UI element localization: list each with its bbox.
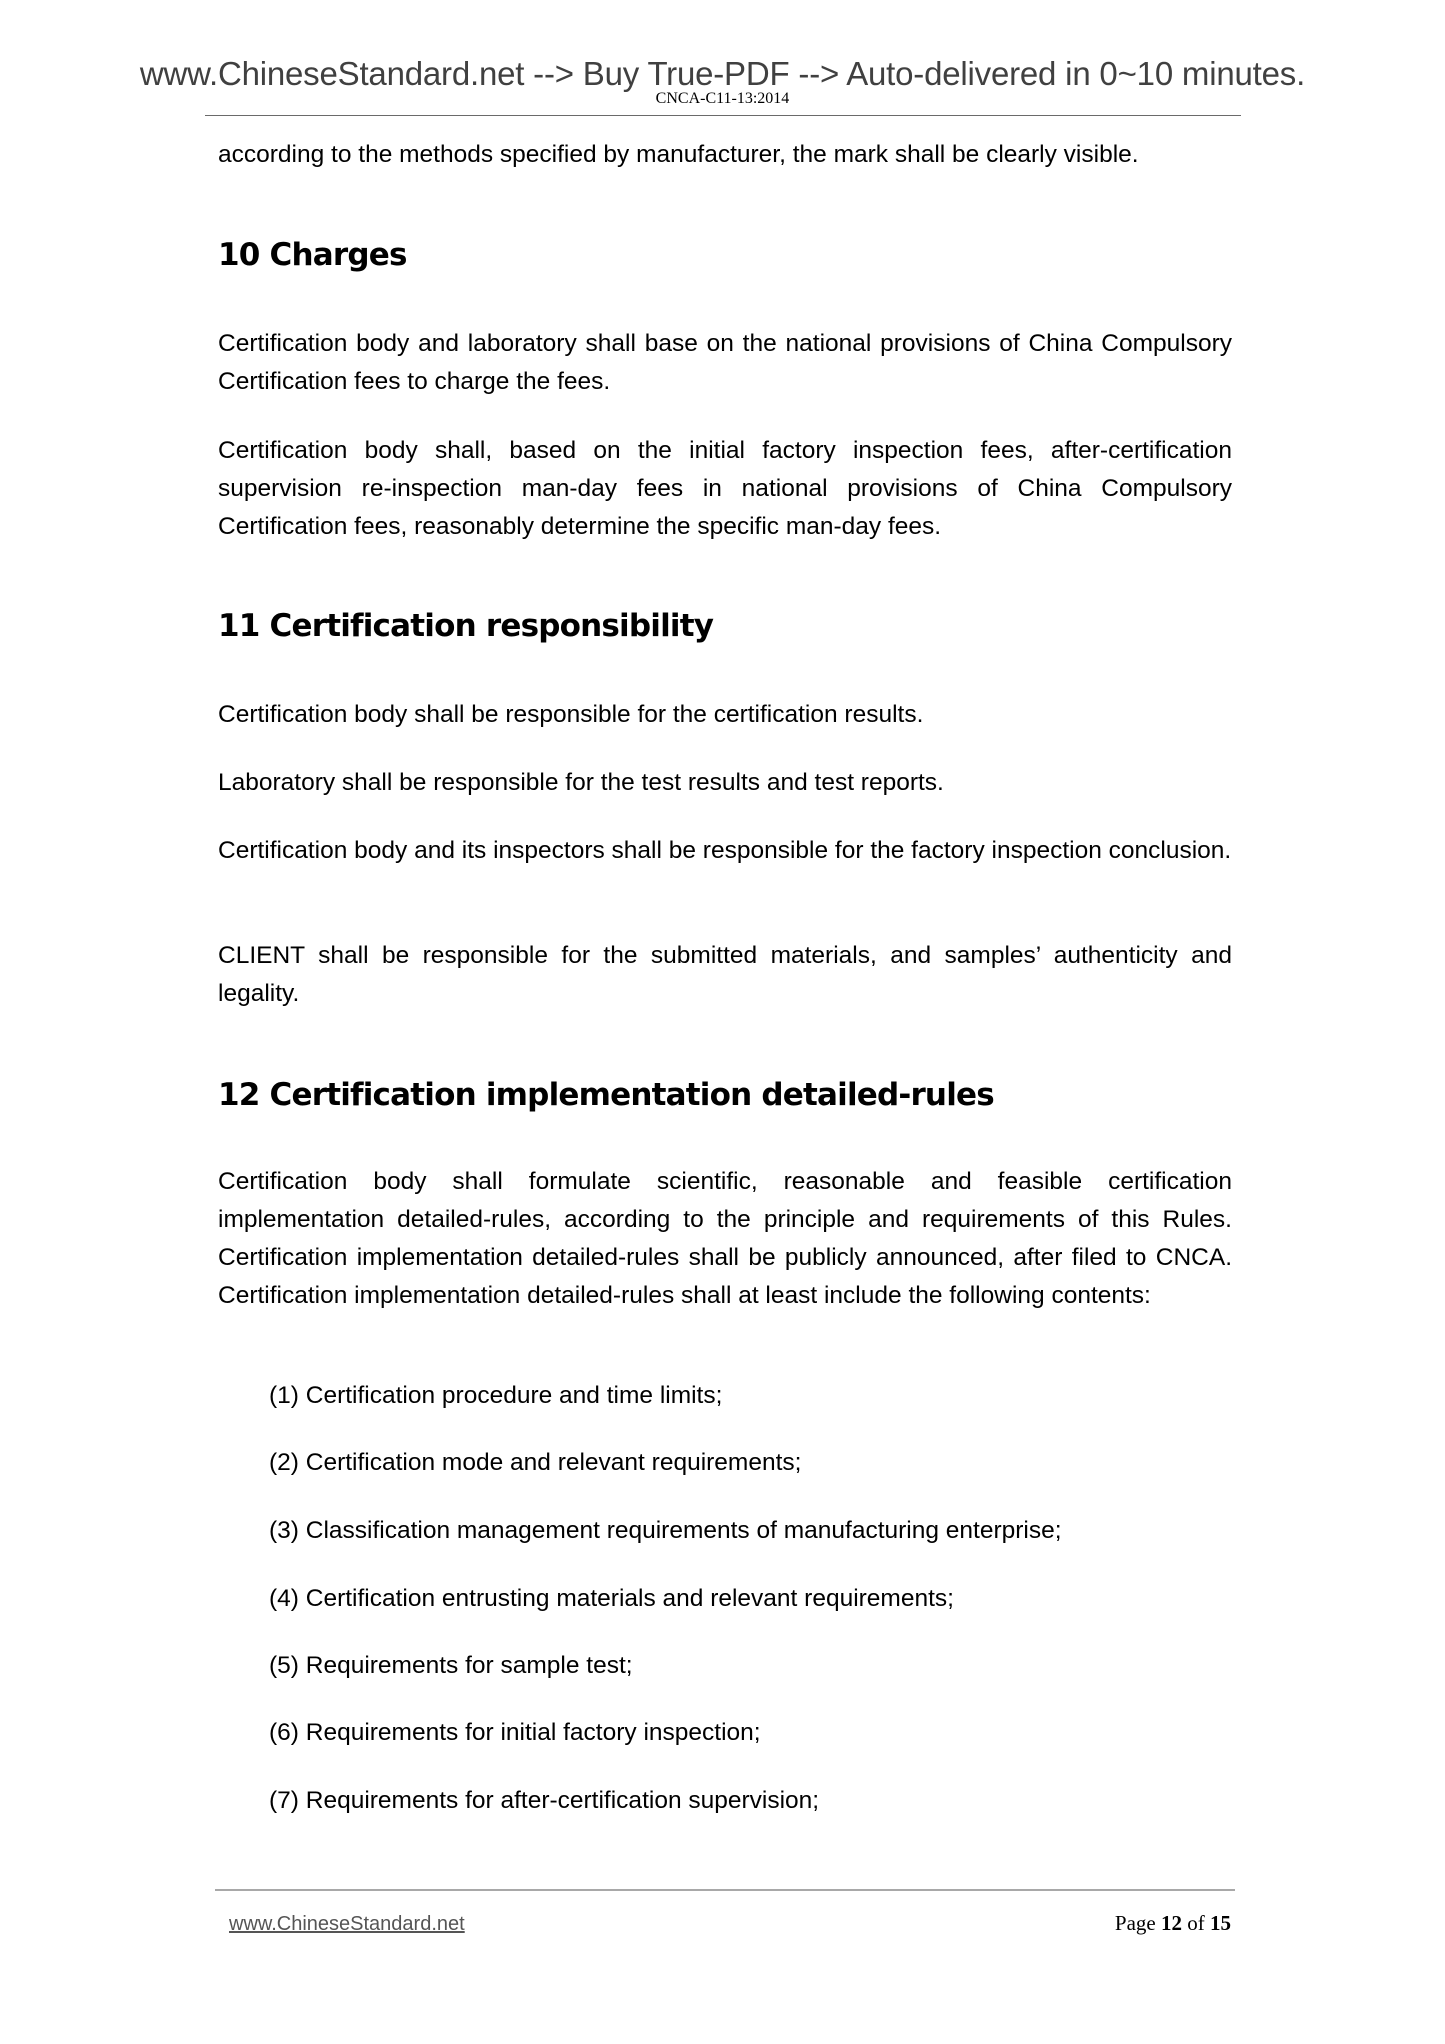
footer-divider [215,1889,1235,1891]
list-item: (5) Requirements for sample test; [269,1647,633,1685]
list-item: (1) Certification procedure and time lim… [269,1377,722,1415]
section-heading-charges: 10 Charges [218,236,407,274]
paragraph: Certification body shall be responsible … [218,696,1232,734]
paragraph: CLIENT shall be responsible for the subm… [218,937,1232,1013]
page-number: Page 12 of 15 [1115,1911,1231,1935]
page-prefix: Page [1115,1911,1161,1935]
promo-banner: www.ChineseStandard.net --> Buy True-PDF… [0,56,1445,92]
list-item: (4) Certification entrusting materials a… [269,1580,954,1618]
list-item: (7) Requirements for after-certification… [269,1782,819,1820]
page-total: 15 [1210,1911,1231,1935]
paragraph: Laboratory shall be responsible for the … [218,764,1232,802]
page-current: 12 [1161,1911,1182,1935]
section-heading-responsibility: 11 Certification responsibility [218,607,713,645]
page-of: of [1182,1911,1210,1935]
section-heading-detailed-rules: 12 Certification implementation detailed… [218,1076,994,1114]
paragraph: Certification body and its inspectors sh… [218,832,1232,870]
footer-website-link[interactable]: www.ChineseStandard.net [229,1912,465,1936]
header-divider [205,115,1241,116]
paragraph: Certification body and laboratory shall … [218,325,1232,401]
intro-paragraph: according to the methods specified by ma… [218,136,1232,174]
paragraph: Certification body shall, based on the i… [218,432,1232,546]
list-item: (3) Classification management requiremen… [269,1512,1062,1550]
list-item: (6) Requirements for initial factory ins… [269,1714,761,1752]
list-item: (2) Certification mode and relevant requ… [269,1444,801,1482]
paragraph: Certification body shall formulate scien… [218,1163,1232,1315]
document-id: CNCA-C11-13:2014 [0,90,1445,108]
